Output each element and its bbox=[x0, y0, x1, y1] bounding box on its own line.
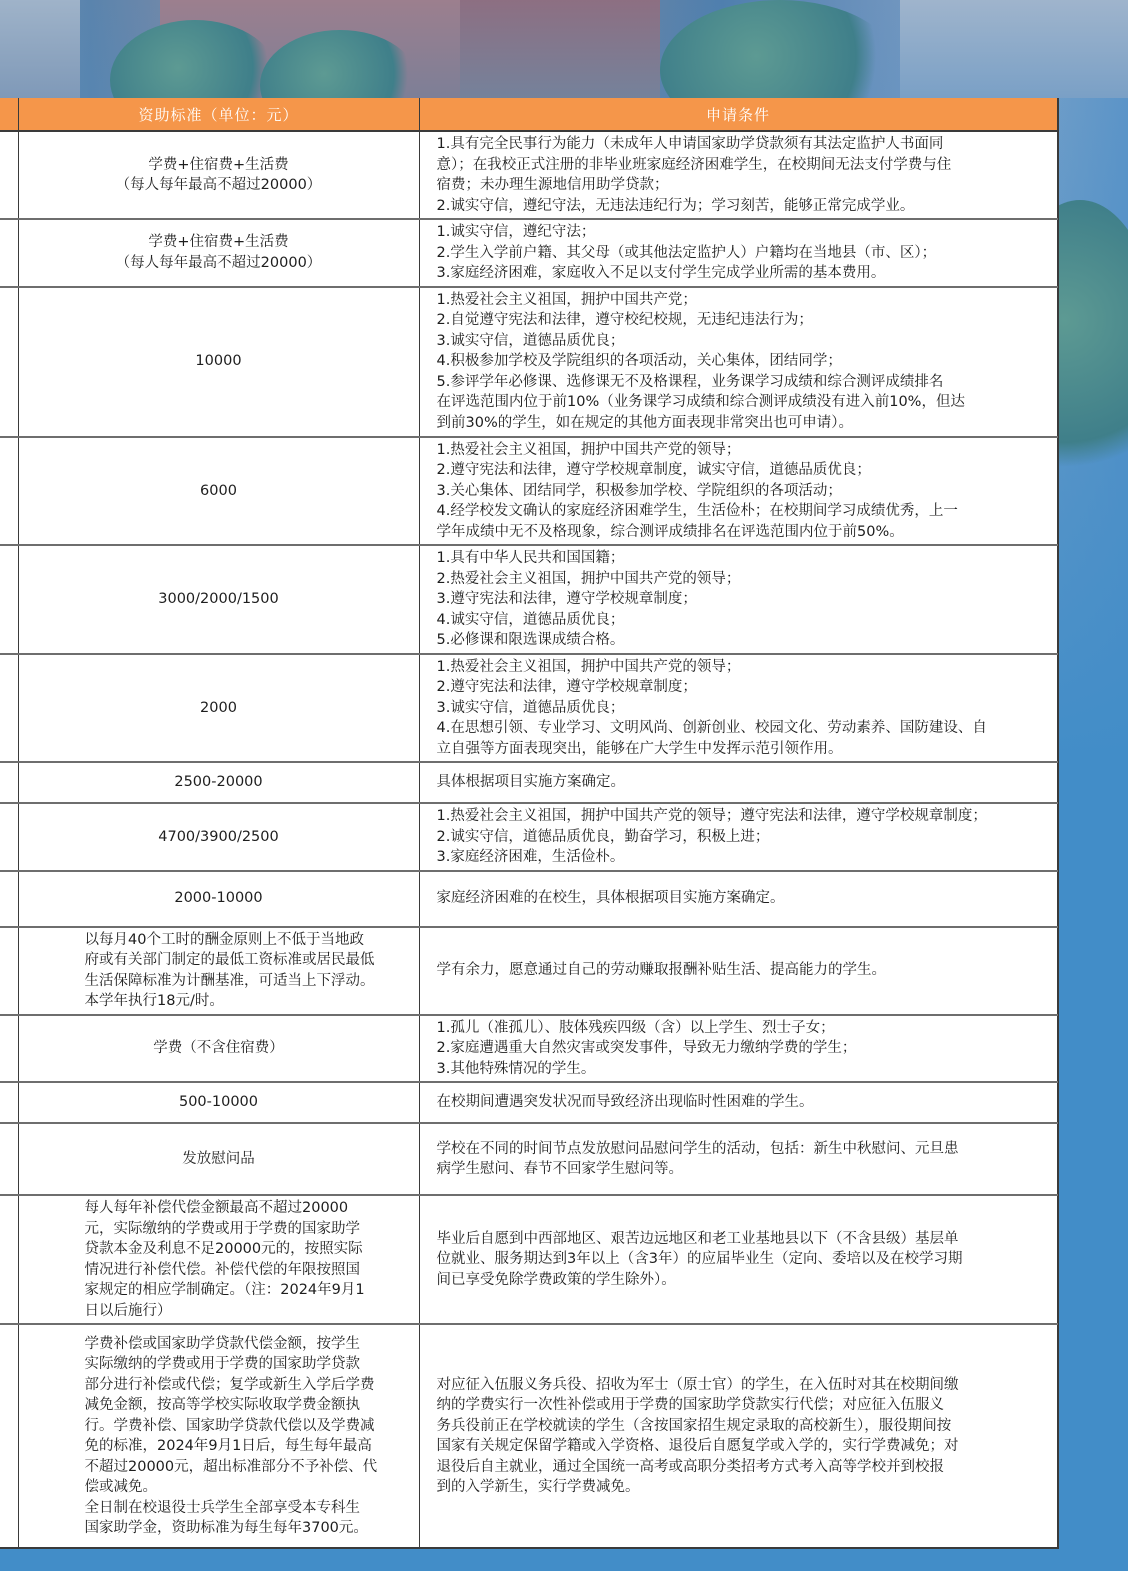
condition-text: 2.学生入学前户籍、其父母（或其他法定监护人）户籍均在当地县（市、区）； bbox=[437, 243, 1047, 264]
amount-text: 3000/2000/1500 bbox=[27, 589, 411, 610]
amount-text: 国家助学金，资助标准为每生每年3700元。 bbox=[85, 1518, 383, 1539]
condition-text: 学有余力，愿意通过自己的劳动赚取报酬补贴生活、提高能力的学生。 bbox=[437, 960, 1047, 981]
table-header-row: 资助标准（单位：元） 申请条件 bbox=[0, 98, 1057, 131]
condition-text: 5.参评学年必修课、选修课无不及格课程，业务课学习成绩和综合测评成绩排名 bbox=[437, 372, 1047, 393]
header-cell-conditions: 申请条件 bbox=[419, 98, 1057, 131]
amount-cell: 以每月40个工时的酬金原则上不低于当地政府或有关部门制定的最低工资标准或居民最低… bbox=[18, 927, 419, 1015]
row-label-cell bbox=[0, 871, 18, 927]
amount-text: 2500-20000 bbox=[27, 772, 411, 793]
amount-cell: 2500-20000 bbox=[18, 762, 419, 803]
clock-tower-image bbox=[0, 0, 80, 98]
condition-text: 3.诚实守信，道德品质优良； bbox=[437, 331, 1047, 352]
row-label-cell bbox=[0, 654, 18, 763]
amount-text: 每人每年补偿代偿金额最高不超过20000 bbox=[85, 1198, 383, 1219]
table-row: 2000-10000家庭经济困难的在校生，具体根据项目实施方案确定。 bbox=[0, 871, 1057, 927]
amount-text: 元，实际缴纳的学费或用于学费的国家助学 bbox=[85, 1219, 383, 1240]
row-label-cell bbox=[0, 545, 18, 654]
amount-cell: 学费+住宿费+生活费（每人每年最高不超过20000） bbox=[18, 219, 419, 287]
amount-cell: 学费补偿或国家助学贷款代偿金额，按学生实际缴纳的学费或用于学费的国家助学贷款部分… bbox=[18, 1324, 419, 1547]
table-row: 学费+住宿费+生活费（每人每年最高不超过20000）1.具有完全民事行为能力（未… bbox=[0, 131, 1057, 219]
conditions-cell: 学有余力，愿意通过自己的劳动赚取报酬补贴生活、提高能力的学生。 bbox=[419, 927, 1057, 1015]
header-cell-amount: 资助标准（单位：元） bbox=[18, 98, 419, 131]
table-row: 4700/3900/25001.热爱社会主义祖国，拥护中国共产党的领导；遵守宪法… bbox=[0, 803, 1057, 871]
conditions-cell: 在校期间遭遇突发状况而导致经济出现临时性困难的学生。 bbox=[419, 1082, 1057, 1123]
conditions-cell: 对应征入伍服义务兵役、招收为军士（原士官）的学生，在入伍时对其在校期间缴纳的学费… bbox=[419, 1324, 1057, 1547]
header-cell-blank bbox=[0, 98, 18, 131]
table-row: 学费（不含住宿费）1.孤儿（准孤儿）、肢体残疾四级（含）以上学生、烈士子女；2.… bbox=[0, 1015, 1057, 1083]
condition-text: 2.家庭遭遇重大自然灾害或突发事件，导致无力缴纳学费的学生； bbox=[437, 1038, 1047, 1059]
table-row: 3000/2000/15001.具有中华人民共和国国籍；2.热爱社会主义祖国，拥… bbox=[0, 545, 1057, 654]
condition-text: 3.关心集体、团结同学，积极参加学校、学院组织的各项活动； bbox=[437, 481, 1047, 502]
condition-text: 对应征入伍服义务兵役、招收为军士（原士官）的学生，在入伍时对其在校期间缴 bbox=[437, 1375, 1047, 1396]
condition-text: 3.其他特殊情况的学生。 bbox=[437, 1059, 1047, 1080]
amount-text: （每人每年最高不超过20000） bbox=[27, 175, 411, 196]
aid-standards-table: 资助标准（单位：元） 申请条件 学费+住宿费+生活费（每人每年最高不超过2000… bbox=[0, 98, 1059, 1549]
building-image bbox=[460, 0, 660, 98]
row-label-cell bbox=[0, 1195, 18, 1324]
amount-text: 发放慰问品 bbox=[27, 1149, 411, 1170]
amount-text: 10000 bbox=[27, 351, 411, 372]
condition-text: 2.诚实守信，遵纪守法，无违法违纪行为；学习刻苦，能够正常完成学业。 bbox=[437, 196, 1047, 217]
condition-text: 毕业后自愿到中西部地区、艰苦边远地区和老工业基地县以下（不含县级）基层单 bbox=[437, 1229, 1047, 1250]
condition-text: 位就业、服务期达到3年以上（含3年）的应届毕业生（定向、委培以及在校学习期 bbox=[437, 1249, 1047, 1270]
condition-text: 2.遵守宪法和法律，遵守学校规章制度，诚实守信，道德品质优良； bbox=[437, 460, 1047, 481]
conditions-cell: 1.诚实守信，遵纪守法；2.学生入学前户籍、其父母（或其他法定监护人）户籍均在当… bbox=[419, 219, 1057, 287]
amount-text: 贷款本金及利息不足20000元的，按照实际 bbox=[85, 1239, 383, 1260]
conditions-cell: 1.孤儿（准孤儿）、肢体残疾四级（含）以上学生、烈士子女；2.家庭遭遇重大自然灾… bbox=[419, 1015, 1057, 1083]
table-row: 20001.热爱社会主义祖国，拥护中国共产党的领导；2.遵守宪法和法律，遵守学校… bbox=[0, 654, 1057, 763]
amount-cell: 学费+住宿费+生活费（每人每年最高不超过20000） bbox=[18, 131, 419, 219]
condition-text: 2.遵守宪法和法律，遵守学校规章制度； bbox=[437, 677, 1047, 698]
conditions-cell: 1.热爱社会主义祖国，拥护中国共产党的领导；遵守宪法和法律，遵守学校规章制度；2… bbox=[419, 803, 1057, 871]
condition-text: 纳的学费实行一次性补偿或用于学费的国家助学贷款实行代偿；对应征入伍服义 bbox=[437, 1395, 1047, 1416]
amount-text: 6000 bbox=[27, 481, 411, 502]
condition-text: 宿费；未办理生源地信用助学贷款； bbox=[437, 175, 1047, 196]
condition-text: 1.孤儿（准孤儿）、肢体残疾四级（含）以上学生、烈士子女； bbox=[437, 1018, 1047, 1039]
amount-text: 全日制在校退役士兵学生全部享受本专科生 bbox=[85, 1498, 383, 1519]
amount-text: 不超过20000元，超出标准部分不予补偿、代 bbox=[85, 1457, 383, 1478]
table-row: 500-10000在校期间遭遇突发状况而导致经济出现临时性困难的学生。 bbox=[0, 1082, 1057, 1123]
amount-text: 减免金额，按高等学校实际收取学费金额执 bbox=[85, 1395, 383, 1416]
amount-text: 学费补偿或国家助学贷款代偿金额，按学生 bbox=[85, 1334, 383, 1355]
table-row: 学费补偿或国家助学贷款代偿金额，按学生实际缴纳的学费或用于学费的国家助学贷款部分… bbox=[0, 1324, 1057, 1547]
condition-text: 2.诚实守信，道德品质优良，勤奋学习，积极上进； bbox=[437, 827, 1047, 848]
amount-cell: 500-10000 bbox=[18, 1082, 419, 1123]
row-label-cell bbox=[0, 927, 18, 1015]
table-body: 学费+住宿费+生活费（每人每年最高不超过20000）1.具有完全民事行为能力（未… bbox=[0, 131, 1057, 1547]
amount-cell: 10000 bbox=[18, 287, 419, 437]
conditions-cell: 1.热爱社会主义祖国，拥护中国共产党的领导；2.遵守宪法和法律，遵守学校规章制度… bbox=[419, 654, 1057, 763]
condition-text: 4.积极参加学校及学院组织的各项活动，关心集体，团结同学； bbox=[437, 351, 1047, 372]
condition-text: 到前30%的学生，如在规定的其他方面表现非常突出也可申请）。 bbox=[437, 413, 1047, 434]
condition-text: 3.家庭经济困难，生活俭朴。 bbox=[437, 847, 1047, 868]
amount-text: （每人每年最高不超过20000） bbox=[27, 253, 411, 274]
amount-text: 2000-10000 bbox=[27, 888, 411, 909]
amount-text: 情况进行补偿代偿。补偿代偿的年限按照国 bbox=[85, 1260, 383, 1281]
amount-text: 本学年执行18元/时。 bbox=[85, 991, 383, 1012]
table-row: 2500-20000具体根据项目实施方案确定。 bbox=[0, 762, 1057, 803]
amount-cell: 4700/3900/2500 bbox=[18, 803, 419, 871]
condition-text: 2.自觉遵守宪法和法律，遵守校纪校规，无违纪违法行为； bbox=[437, 310, 1047, 331]
condition-text: 意）；在我校正式注册的非毕业班家庭经济困难学生，在校期间无法支付学费与住 bbox=[437, 155, 1047, 176]
condition-text: 间已享受免除学费政策的学生除外）。 bbox=[437, 1270, 1047, 1291]
row-label-cell bbox=[0, 1324, 18, 1547]
amount-text: 学费+住宿费+生活费 bbox=[27, 155, 411, 176]
condition-text: 学年成绩中无不及格现象，综合测评成绩排名在评选范围内位于前50%。 bbox=[437, 522, 1047, 543]
row-label-cell bbox=[0, 1082, 18, 1123]
condition-text: 家庭经济困难的在校生，具体根据项目实施方案确定。 bbox=[437, 888, 1047, 909]
condition-text: 4.经学校发文确认的家庭经济困难学生，生活俭朴；在校期间学习成绩优秀，上一 bbox=[437, 501, 1047, 522]
condition-text: 病学生慰问、春节不回家学生慰问等。 bbox=[437, 1159, 1047, 1180]
amount-text: 日以后施行） bbox=[85, 1301, 383, 1322]
amount-text: 部分进行补偿或代偿；复学或新生入学后学费 bbox=[85, 1375, 383, 1396]
condition-text: 1.具有完全民事行为能力（未成年人申请国家助学贷款须有其法定监护人书面同 bbox=[437, 134, 1047, 155]
amount-cell: 发放慰问品 bbox=[18, 1123, 419, 1195]
row-label-cell bbox=[0, 1123, 18, 1195]
table-row: 每人每年补偿代偿金额最高不超过20000元，实际缴纳的学费或用于学费的国家助学贷… bbox=[0, 1195, 1057, 1324]
table-row: 60001.热爱社会主义祖国，拥护中国共产党的领导；2.遵守宪法和法律，遵守学校… bbox=[0, 437, 1057, 546]
condition-text: 4.诚实守信，道德品质优良； bbox=[437, 610, 1047, 631]
row-label-cell bbox=[0, 131, 18, 219]
condition-text: 3.家庭经济困难，家庭收入不足以支付学生完成学业所需的基本费用。 bbox=[437, 263, 1047, 284]
conditions-cell: 具体根据项目实施方案确定。 bbox=[419, 762, 1057, 803]
amount-cell: 6000 bbox=[18, 437, 419, 546]
table-row: 以每月40个工时的酬金原则上不低于当地政府或有关部门制定的最低工资标准或居民最低… bbox=[0, 927, 1057, 1015]
amount-text: 2000 bbox=[27, 698, 411, 719]
condition-text: 学校在不同的时间节点发放慰问品慰问学生的活动，包括：新生中秋慰问、元旦患 bbox=[437, 1139, 1047, 1160]
amount-text: 以每月40个工时的酬金原则上不低于当地政 bbox=[85, 930, 383, 951]
amount-text: 府或有关部门制定的最低工资标准或居民最低 bbox=[85, 950, 383, 971]
conditions-cell: 学校在不同的时间节点发放慰问品慰问学生的活动，包括：新生中秋慰问、元旦患病学生慰… bbox=[419, 1123, 1057, 1195]
condition-text: 1.热爱社会主义祖国，拥护中国共产党； bbox=[437, 290, 1047, 311]
condition-text: 5.必修课和限选课成绩合格。 bbox=[437, 630, 1047, 651]
condition-text: 1.诚实守信，遵纪守法； bbox=[437, 222, 1047, 243]
amount-text: 生活保障标准为计酬基准，可适当上下浮动。 bbox=[85, 971, 383, 992]
amount-cell: 3000/2000/1500 bbox=[18, 545, 419, 654]
amount-text: 4700/3900/2500 bbox=[27, 827, 411, 848]
row-label-cell bbox=[0, 762, 18, 803]
condition-text: 到的入学新生，实行学费减免。 bbox=[437, 1477, 1047, 1498]
condition-text: 3.遵守宪法和法律，遵守学校规章制度； bbox=[437, 589, 1047, 610]
condition-text: 在校期间遭遇突发状况而导致经济出现临时性困难的学生。 bbox=[437, 1092, 1047, 1113]
row-label-cell bbox=[0, 437, 18, 546]
row-label-cell bbox=[0, 287, 18, 437]
condition-text: 1.热爱社会主义祖国，拥护中国共产党的领导； bbox=[437, 657, 1047, 678]
row-label-cell bbox=[0, 803, 18, 871]
amount-cell: 每人每年补偿代偿金额最高不超过20000元，实际缴纳的学费或用于学费的国家助学贷… bbox=[18, 1195, 419, 1324]
amount-text: 行。学费补偿、国家助学贷款代偿以及学费减 bbox=[85, 1416, 383, 1437]
condition-text: 1.具有中华人民共和国国籍； bbox=[437, 548, 1047, 569]
amount-cell: 学费（不含住宿费） bbox=[18, 1015, 419, 1083]
table-row: 学费+住宿费+生活费（每人每年最高不超过20000）1.诚实守信，遵纪守法；2.… bbox=[0, 219, 1057, 287]
condition-text: 国家有关规定保留学籍或入学资格、退役后自愿复学或入学的，实行学费减免；对 bbox=[437, 1436, 1047, 1457]
amount-cell: 2000 bbox=[18, 654, 419, 763]
condition-text: 3.诚实守信，道德品质优良； bbox=[437, 698, 1047, 719]
building-image bbox=[900, 0, 1128, 98]
amount-text: 家规定的相应学制确定。（注：2024年9月1 bbox=[85, 1280, 383, 1301]
table-row: 100001.热爱社会主义祖国，拥护中国共产党；2.自觉遵守宪法和法律，遵守校纪… bbox=[0, 287, 1057, 437]
condition-text: 务兵役前正在学校就读的学生（含按国家招生规定录取的高校新生），服役期间按 bbox=[437, 1416, 1047, 1437]
conditions-cell: 家庭经济困难的在校生，具体根据项目实施方案确定。 bbox=[419, 871, 1057, 927]
amount-text: 实际缴纳的学费或用于学费的国家助学贷款 bbox=[85, 1354, 383, 1375]
amount-text: 学费+住宿费+生活费 bbox=[27, 232, 411, 253]
conditions-cell: 1.具有完全民事行为能力（未成年人申请国家助学贷款须有其法定监护人书面同意）；在… bbox=[419, 131, 1057, 219]
amount-cell: 2000-10000 bbox=[18, 871, 419, 927]
condition-text: 在评选范围内位于前10%（业务课学习成绩和综合测评成绩没有进入前10%，但达 bbox=[437, 392, 1047, 413]
amount-text: 学费（不含住宿费） bbox=[27, 1038, 411, 1059]
condition-text: 退役后自主就业，通过全国统一高考或高职分类招考方式考入高等学校并到校报 bbox=[437, 1457, 1047, 1478]
conditions-cell: 1.热爱社会主义祖国，拥护中国共产党的领导；2.遵守宪法和法律，遵守学校规章制度… bbox=[419, 437, 1057, 546]
amount-text: 偿或减免。 bbox=[85, 1477, 383, 1498]
amount-text: 免的标准，2024年9月1日后，每生每年最高 bbox=[85, 1436, 383, 1457]
row-label-cell bbox=[0, 219, 18, 287]
condition-text: 具体根据项目实施方案确定。 bbox=[437, 772, 1047, 793]
conditions-cell: 1.热爱社会主义祖国，拥护中国共产党；2.自觉遵守宪法和法律，遵守校纪校规，无违… bbox=[419, 287, 1057, 437]
condition-text: 1.热爱社会主义祖国，拥护中国共产党的领导；遵守宪法和法律，遵守学校规章制度； bbox=[437, 806, 1047, 827]
condition-text: 立自强等方面表现突出，能够在广大学生中发挥示范引领作用。 bbox=[437, 739, 1047, 760]
condition-text: 2.热爱社会主义祖国，拥护中国共产党的领导； bbox=[437, 569, 1047, 590]
conditions-cell: 毕业后自愿到中西部地区、艰苦边远地区和老工业基地县以下（不含县级）基层单位就业、… bbox=[419, 1195, 1057, 1324]
row-label-cell bbox=[0, 1015, 18, 1083]
condition-text: 1.热爱社会主义祖国，拥护中国共产党的领导； bbox=[437, 440, 1047, 461]
table-row: 发放慰问品学校在不同的时间节点发放慰问品慰问学生的活动，包括：新生中秋慰问、元旦… bbox=[0, 1123, 1057, 1195]
amount-text: 500-10000 bbox=[27, 1092, 411, 1113]
conditions-cell: 1.具有中华人民共和国国籍；2.热爱社会主义祖国，拥护中国共产党的领导；3.遵守… bbox=[419, 545, 1057, 654]
condition-text: 4.在思想引领、专业学习、文明风尚、创新创业、校园文化、劳动素养、国防建设、自 bbox=[437, 718, 1047, 739]
